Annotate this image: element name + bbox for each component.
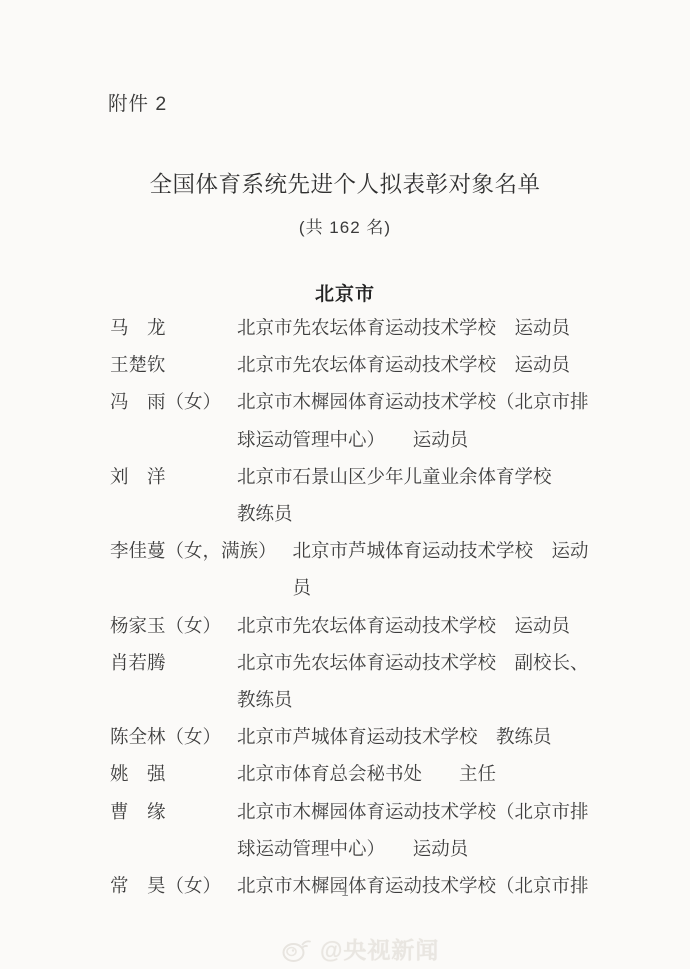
attachment-label: 附件 2 [108, 88, 167, 116]
section-heading-beijing: 北京市 [0, 279, 690, 306]
list-item: 姚 强 北京市体育总会秘书处 主任 [110, 755, 590, 792]
honoree-affiliation: 北京市先农坛体育运动技术学校 运动员 [237, 607, 590, 644]
honoree-name: 肖若腾 [110, 644, 237, 681]
honoree-name: 陈全林（女） [110, 718, 237, 755]
document-title: 全国体育系统先进个人拟表彰对象名单 [0, 167, 690, 199]
list-item: 曹 缘 北京市木樨园体育运动技术学校（北京市排 球运动管理中心） 运动员 [110, 793, 590, 867]
honoree-affiliation: 北京市石景山区少年儿童业余体育学校 教练员 [237, 458, 590, 532]
list-item: 冯 雨（女） 北京市木樨园体育运动技术学校（北京市排 球运动管理中心） 运动员 [110, 383, 590, 457]
watermark: @央视新闻 [281, 932, 439, 965]
honoree-affiliation: 北京市先农坛体育运动技术学校 运动员 [237, 346, 590, 383]
honoree-affiliation: 北京市先农坛体育运动技术学校 副校长、 教练员 [237, 644, 590, 718]
honoree-name: 刘 洋 [110, 458, 237, 495]
honoree-name: 马 龙 [110, 309, 237, 346]
honoree-list: 马 龙 北京市先农坛体育运动技术学校 运动员 王楚钦 北京市先农坛体育运动技术学… [110, 309, 590, 904]
honoree-affiliation: 北京市木樨园体育运动技术学校（北京市排 球运动管理中心） 运动员 [237, 793, 590, 867]
honoree-name: 冯 雨（女） [110, 383, 237, 420]
total-count-note: (共 162 名) [0, 213, 690, 238]
honoree-affiliation: 北京市先农坛体育运动技术学校 运动员 [237, 309, 590, 346]
list-item: 肖若腾 北京市先农坛体育运动技术学校 副校长、 教练员 [110, 644, 590, 718]
honoree-name: 姚 强 [110, 755, 237, 792]
honoree-name: 曹 缘 [110, 793, 237, 830]
honoree-name: 李佳蔓（女，满族） [110, 532, 293, 569]
honoree-affiliation: 北京市木樨园体育运动技术学校（北京市排 球运动管理中心） 运动员 [237, 383, 590, 457]
honoree-affiliation: 北京市芦城体育运动技术学校 教练员 [237, 718, 590, 755]
document-page: 附件 2 全国体育系统先进个人拟表彰对象名单 (共 162 名) 北京市 马 龙… [0, 0, 690, 969]
list-item: 李佳蔓（女，满族） 北京市芦城体育运动技术学校 运动员 [110, 532, 590, 606]
honoree-name: 杨家玉（女） [110, 607, 237, 644]
page-number: 1 [0, 884, 690, 899]
list-item: 刘 洋 北京市石景山区少年儿童业余体育学校 教练员 [110, 458, 590, 532]
honoree-name: 王楚钦 [110, 346, 237, 383]
honoree-affiliation: 北京市体育总会秘书处 主任 [237, 755, 590, 792]
watermark-handle: @央视新闻 [320, 932, 439, 965]
list-item: 王楚钦 北京市先农坛体育运动技术学校 运动员 [110, 346, 590, 383]
list-item: 陈全林（女） 北京市芦城体育运动技术学校 教练员 [110, 718, 590, 755]
list-item: 马 龙 北京市先农坛体育运动技术学校 运动员 [110, 309, 590, 346]
list-item: 杨家玉（女） 北京市先农坛体育运动技术学校 运动员 [110, 607, 590, 644]
weibo-icon [281, 935, 313, 963]
honoree-affiliation: 北京市芦城体育运动技术学校 运动员 [293, 532, 590, 606]
